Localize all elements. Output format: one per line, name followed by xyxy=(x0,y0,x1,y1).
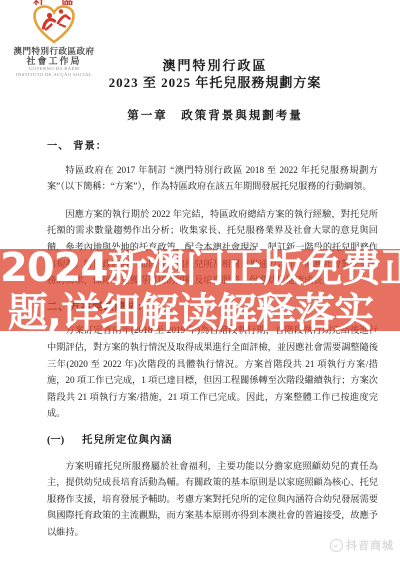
document-title-line1: 澳門特別行政區 xyxy=(40,57,390,74)
paragraph: 方案訂定首兩年(2018 至 2019 年)為首階段執行期，首階段執行期完結後進… xyxy=(47,322,378,422)
section-heading-background: 一、 背景： xyxy=(47,139,378,156)
subsection-number: (一) xyxy=(47,435,64,446)
paragraph: 方案明確托兒所服務屬於社會福利，主要功能以分擔家庭照顧幼兒的責任為主，提供幼兒成… xyxy=(47,458,378,541)
watermark-logo-icon xyxy=(330,539,343,552)
paragraph: 特區政府在 2017 年制訂 “澳門特別行政區 2018 至 2022 年托兒服… xyxy=(47,162,378,195)
subsection-title: 托兒所定位與內涵 xyxy=(82,435,172,446)
promo-overlay-text: 2024新澳门正版免费正 题,详细解读解释落实_ xyxy=(0,246,400,336)
watermark: 抖音商城 xyxy=(330,537,394,553)
heart-logo-icon xyxy=(6,4,102,46)
promo-overlay-line2: 题,详细解读解释落实_ xyxy=(0,291,400,336)
document-header: 澳門特別行政區 2023 至 2025 年托兒服務規劃方案 第一章 政策背景與規… xyxy=(40,57,390,123)
subsection-heading-positioning: (一)托兒所定位與內涵 xyxy=(47,433,378,450)
document-body: 一、 背景： 特區政府在 2017 年制訂 “澳門特別行政區 2018 至 20… xyxy=(47,139,378,551)
watermark-text: 抖音商城 xyxy=(346,537,394,553)
chapter-heading: 第一章 政策背景與規劃考量 xyxy=(40,107,390,123)
promo-overlay-line1: 2024新澳门正版免费正 xyxy=(0,246,400,291)
document-page: 社 區 澳門特別行政區政府 社會工作局 GOVERNO DA RAEM INST… xyxy=(0,0,400,561)
document-title-line2: 2023 至 2025 年托兒服務規劃方案 xyxy=(40,74,390,92)
logo-org-name-zh: 澳門特別行政區政府 xyxy=(6,46,102,56)
